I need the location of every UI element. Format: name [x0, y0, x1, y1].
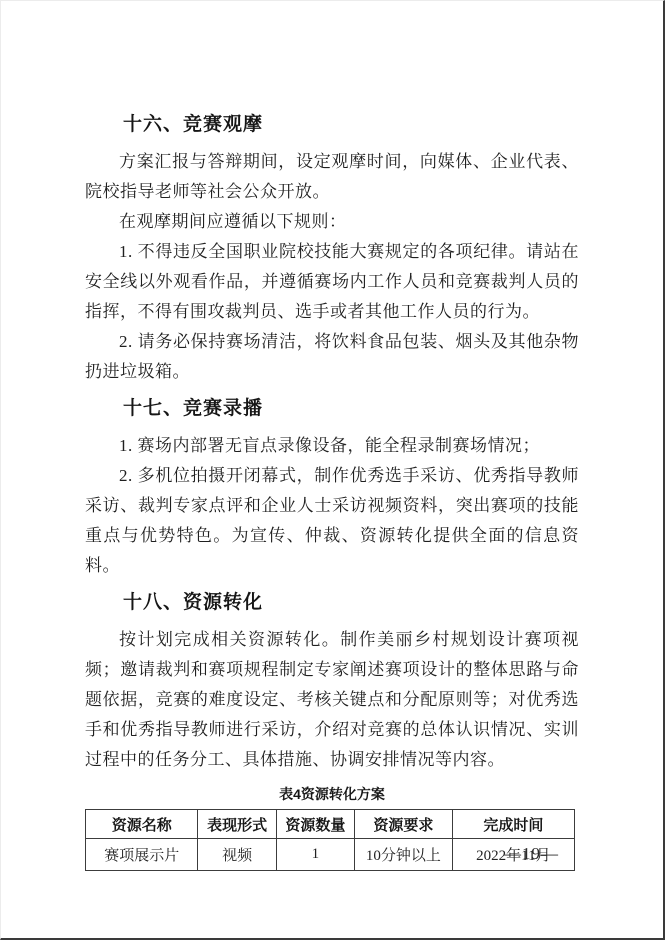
section-heading-18: 十八、资源转化	[85, 591, 579, 615]
table-header-presentation-form: 表现形式	[198, 810, 276, 839]
table-header-resource-quantity: 资源数量	[276, 810, 354, 839]
section-17-paragraph-2: 2. 多机位拍摄开闭幕式，制作优秀选手采访、优秀指导教师采访、裁判专家点评和企业…	[85, 461, 579, 581]
section-16-paragraph-1: 方案汇报与答辩期间，设定观摩时间，向媒体、企业代表、院校指导老师等社会公众开放。	[85, 147, 579, 207]
page-number: —19—	[504, 844, 559, 864]
table-header-resource-name: 资源名称	[86, 810, 198, 839]
section-16-paragraph-4: 2. 请务必保持赛场清洁，将饮料食品包装、烟头及其他杂物扔进垃圾箱。	[85, 327, 579, 387]
cell-resource-requirement: 10分钟以上	[354, 839, 452, 871]
section-heading-17: 十七、竞赛录播	[85, 397, 579, 421]
document-page: 十六、竞赛观摩 方案汇报与答辩期间，设定观摩时间，向媒体、企业代表、院校指导老师…	[0, 0, 665, 940]
section-17-paragraph-1: 1. 赛场内部署无盲点录像设备，能全程录制赛场情况；	[85, 431, 579, 461]
table-header-completion-time: 完成时间	[452, 810, 574, 839]
table-header-row: 资源名称 表现形式 资源数量 资源要求 完成时间	[86, 810, 575, 839]
section-16-paragraph-2: 在观摩期间应遵循以下规则：	[85, 207, 579, 237]
section-heading-16: 十六、竞赛观摩	[85, 113, 579, 137]
section-18-paragraph-1: 按计划完成相关资源转化。制作美丽乡村规划设计赛项视频；邀请裁判和赛项规程制定专家…	[85, 625, 579, 775]
resource-conversion-table: 资源名称 表现形式 资源数量 资源要求 完成时间 赛项展示片 视频 1 10分钟…	[85, 809, 575, 871]
cell-resource-name: 赛项展示片	[86, 839, 198, 871]
table-header-resource-requirement: 资源要求	[354, 810, 452, 839]
section-16-paragraph-3: 1. 不得违反全国职业院校技能大赛规定的各项纪律。请站在安全线以外观看作品，并遵…	[85, 237, 579, 327]
cell-resource-quantity: 1	[276, 839, 354, 871]
table-row: 赛项展示片 视频 1 10分钟以上 2022年11月	[86, 839, 575, 871]
document-body: 十六、竞赛观摩 方案汇报与答辩期间，设定观摩时间，向媒体、企业代表、院校指导老师…	[85, 113, 579, 871]
cell-presentation-form: 视频	[198, 839, 276, 871]
table-caption: 表4资源转化方案	[85, 785, 579, 803]
